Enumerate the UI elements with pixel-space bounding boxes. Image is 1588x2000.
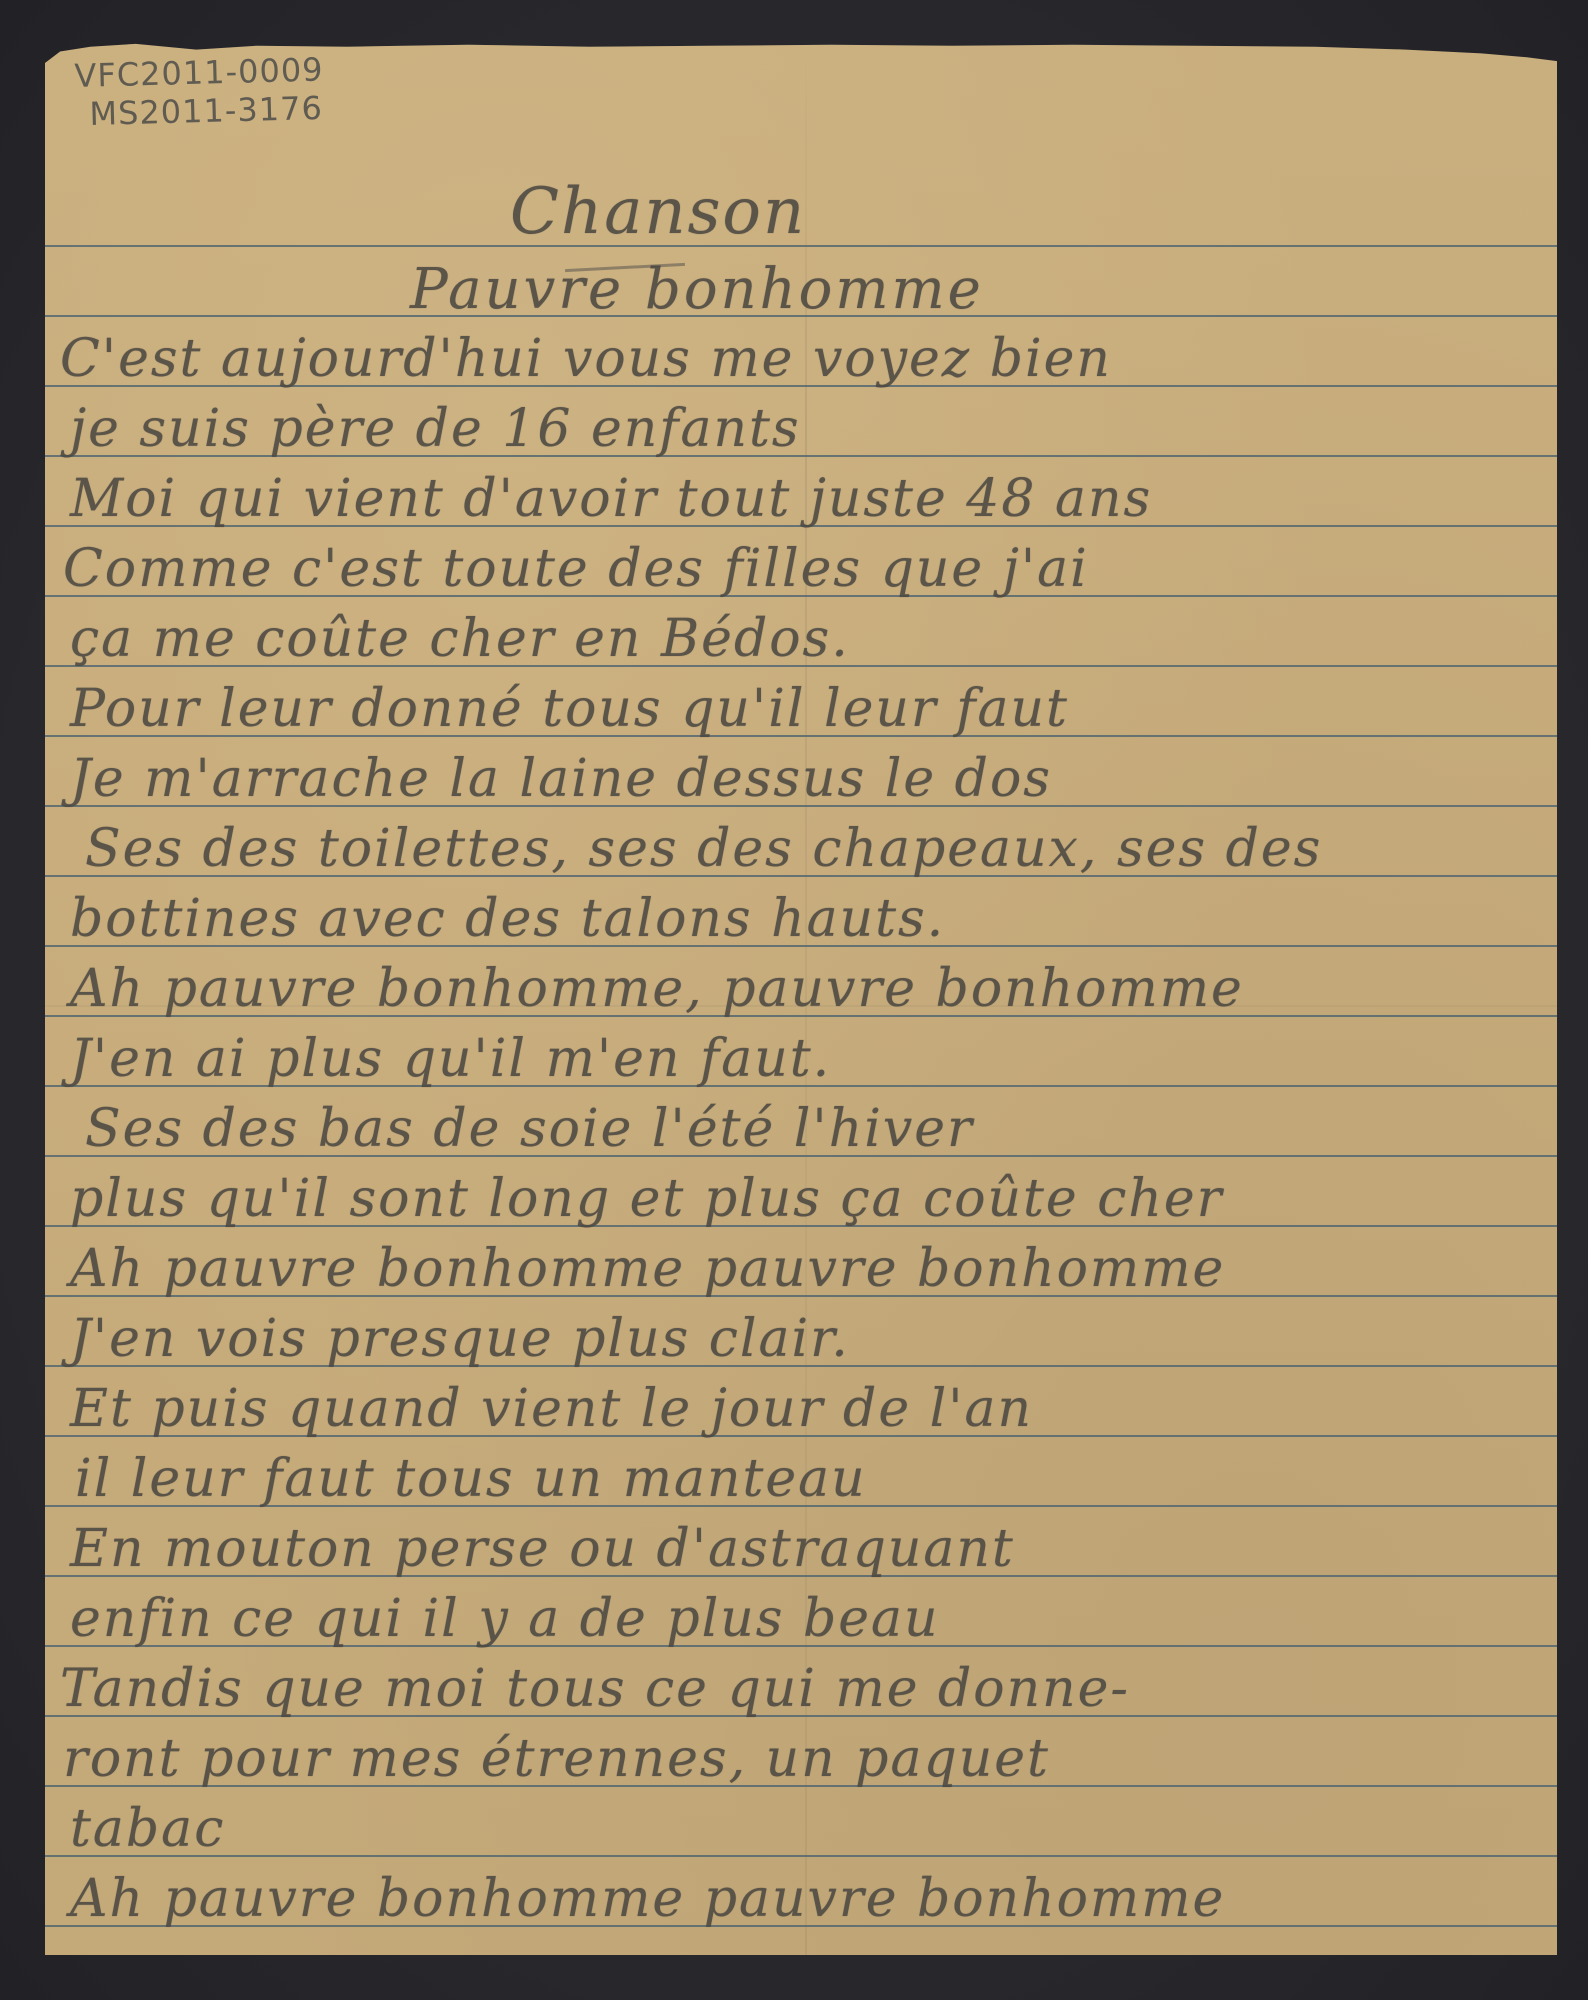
lyric-line: Ses des toilettes, ses des chapeaux, ses… bbox=[85, 823, 1322, 875]
lyric-line: ront pour mes étrennes, un paquet bbox=[63, 1733, 1050, 1785]
lyric-line: Ah pauvre bonhomme, pauvre bonhomme bbox=[70, 963, 1244, 1015]
lyric-line: tabac bbox=[70, 1803, 225, 1855]
lyric-line: il leur faut tous un manteau bbox=[75, 1453, 867, 1505]
song-title: Chanson bbox=[510, 180, 806, 244]
lyric-line: Ses des bas de soie l'été l'hiver bbox=[85, 1103, 974, 1155]
rule-line bbox=[45, 1855, 1557, 1857]
lyric-line: Ah pauvre bonhomme pauvre bonhomme bbox=[70, 1873, 1225, 1925]
song-subtitle: Pauvre bonhomme bbox=[410, 262, 984, 318]
lyric-line: Moi qui vient d'avoir tout juste 48 ans bbox=[70, 473, 1152, 525]
lyric-line: plus qu'il sont long et plus ça coûte ch… bbox=[70, 1173, 1223, 1225]
lyric-line: bottines avec des talons hauts. bbox=[70, 893, 945, 945]
lyric-line: ça me coûte cher en Bédos. bbox=[70, 613, 850, 665]
lyric-line: Et puis quand vient le jour de l'an bbox=[70, 1383, 1033, 1435]
lyric-line: C'est aujourd'hui vous me voyez bien bbox=[60, 333, 1112, 385]
lyric-line: je suis père de 16 enfants bbox=[70, 403, 801, 455]
lyric-line: Pour leur donné tous qu'il leur faut bbox=[70, 683, 1069, 735]
call-number-vfc: VFC2011-0009 bbox=[74, 50, 324, 95]
lyric-line: Tandis que moi tous ce qui me donne- bbox=[60, 1663, 1130, 1715]
handwritten-page: VFC2011-0009 MS2011-3176 Chanson Pauvre … bbox=[45, 40, 1557, 1955]
call-number-ms: MS2011-3176 bbox=[89, 89, 323, 133]
lyric-line: Je m'arrache la laine dessus le dos bbox=[70, 753, 1052, 805]
lyric-line: Ah pauvre bonhomme pauvre bonhomme bbox=[70, 1243, 1225, 1295]
lyric-line: enfin ce qui il y a de plus beau bbox=[70, 1593, 940, 1645]
lyric-line: J'en vois presque plus clair. bbox=[70, 1313, 850, 1365]
lyric-line: J'en ai plus qu'il m'en faut. bbox=[70, 1033, 831, 1085]
lyric-line: En mouton perse ou d'astraquant bbox=[70, 1523, 1015, 1575]
lyric-line: Comme c'est toute des filles que j'ai bbox=[63, 543, 1089, 595]
